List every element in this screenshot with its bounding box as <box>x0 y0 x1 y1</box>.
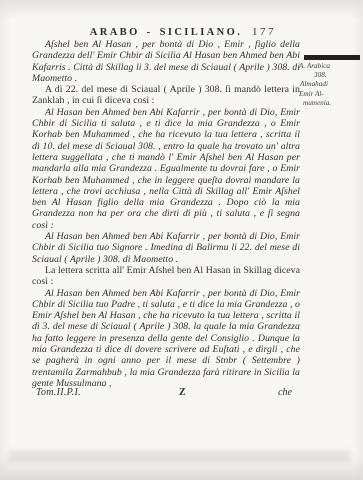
book-page: ARABO - SICILIANO. 177 Aſshel ben Al Has… <box>0 0 363 480</box>
volume-label: Tom.II.P.I. <box>36 387 81 398</box>
margin-note-line: A. Arabica <box>299 62 361 71</box>
margin-note-line: mumenia. <box>299 99 361 108</box>
margin-note-line: Emir Al- <box>299 90 361 99</box>
paragraph-letter-heading: Aſshel ben Al Hasan , per bontà di Dio ,… <box>32 39 300 84</box>
gathering-mark: Z <box>179 387 186 398</box>
catchword: che <box>278 387 292 398</box>
scan-edge-shadow <box>8 451 351 463</box>
margin-rule <box>304 55 360 60</box>
paragraph-letter-2: Al Hasan ben Ahmed ben Abi Kafarrir , pe… <box>32 288 300 390</box>
margin-note-line: Almahadi <box>299 80 361 89</box>
margin-note: A. Arabica 308. Almahadi Emir Al- mumeni… <box>299 62 361 108</box>
paragraph-narrative-1: A dì 22. del mese di Sciaual ( Aprile ) … <box>32 84 300 107</box>
paragraph-letter-1-signature: Al Hasan ben Ahmed ben Abi Kafarrir , pe… <box>32 231 300 265</box>
paragraph-narrative-2: La lettera scritta all' Emir Aſshel ben … <box>32 265 300 288</box>
paragraph-letter-1: Al Hasan ben Ahmed ben Abi Kafarrir , pe… <box>32 107 300 231</box>
page-number: 177 <box>252 26 276 38</box>
margin-note-line: 308. <box>299 71 361 80</box>
text-column: Aſshel ben Al Hasan , per bontà di Dio ,… <box>32 39 300 389</box>
page-footer: Tom.II.P.I. Z che <box>32 387 300 400</box>
